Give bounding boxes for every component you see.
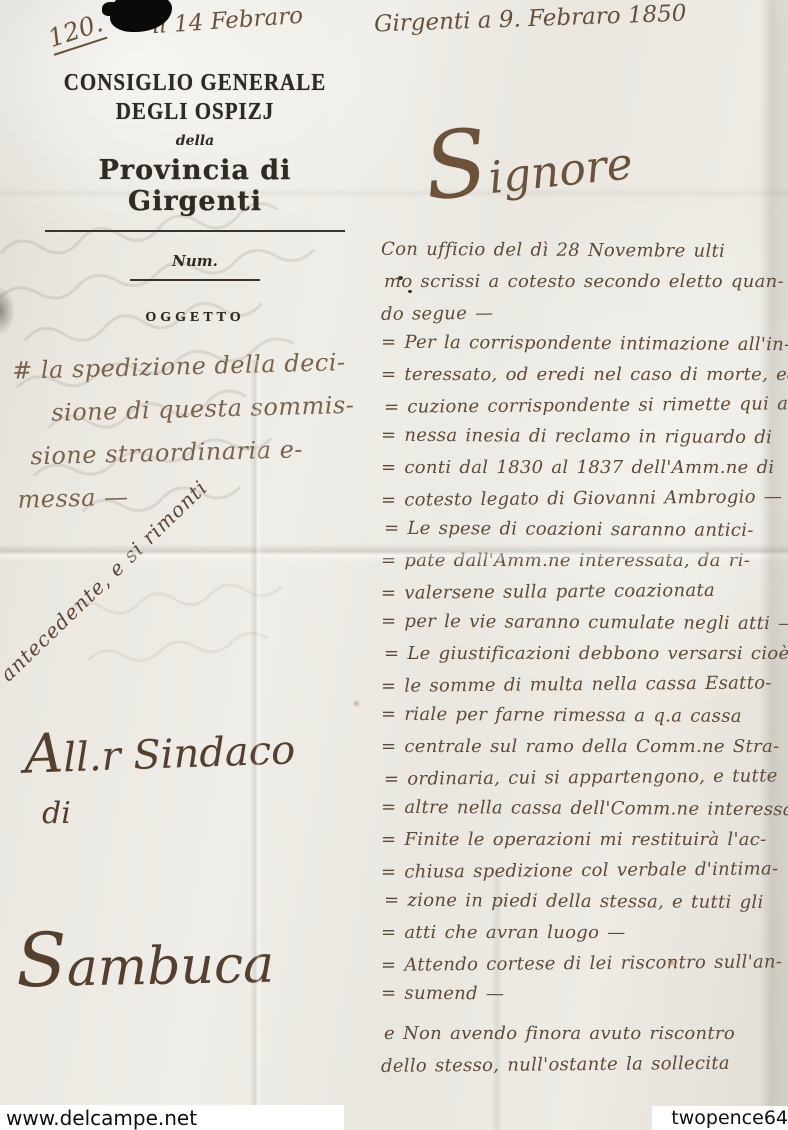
body-line: = valersene sulla parte coazionata	[381, 579, 788, 614]
letterhead-institution: CONSIGLIO GENERALE DEGLI OSPIZJ	[28, 68, 362, 126]
body-line: = ordinaria, cui si appartengono, e tutt…	[384, 765, 788, 800]
body-line: = Le giustificazioni debbono versarsi ci…	[384, 643, 788, 674]
body-line: = cuzione corrispondente si rimette qui …	[384, 393, 788, 428]
letter-scan-page: 120. il 14 Febraro Girgenti a 9. Febraro…	[0, 0, 788, 1130]
body-line: dello stesso, null'ostante la sollecita	[381, 1052, 788, 1087]
watermark-delcampe: www.delcampe.net	[0, 1105, 344, 1130]
body-line: = Finite le operazioni mi restituirà l'a…	[381, 829, 788, 860]
printed-letterhead: CONSIGLIO GENERALE DEGLI OSPIZJ della Pr…	[28, 72, 362, 326]
body-line: = per le vie saranno cumulate negli atti…	[381, 611, 788, 645]
letterhead-della: della	[28, 133, 362, 149]
letter-body-text: Con ufficio del dì 28 Novembre ultimo sc…	[381, 240, 788, 1085]
body-line: = nessa inesia di reclamo in riguardo di	[381, 425, 788, 459]
body-line: = zione in piedi della stessa, e tutti g…	[384, 890, 788, 924]
address-town: Sambuca	[15, 914, 274, 1004]
edge-smudge	[0, 288, 14, 334]
body-line: e Non avendo finora avuto riscontro	[384, 1023, 788, 1054]
body-line: = Le spese di coazioni saranno antici-	[384, 518, 788, 552]
address-recipient: All.r Sindaco	[23, 713, 296, 785]
letterhead-rule	[45, 230, 345, 232]
body-line: = Attendo cortese di lei riscontro sull'…	[381, 951, 788, 986]
body-line: = teressato, od eredi nel caso di morte,…	[381, 364, 788, 395]
body-line: = altre nella cassa dell'Comm.ne interes…	[381, 797, 788, 831]
letterhead-province: Provincia di Girgenti	[28, 155, 362, 217]
body-line: mo scrissi a cotesto secondo eletto quan…	[384, 271, 788, 302]
body-line: = sumend —	[381, 983, 788, 1017]
body-line: = centrale sul ramo della Comm.ne Stra-	[381, 736, 788, 767]
body-line: = le somme di multa nella cassa Esatto-	[381, 672, 788, 707]
body-line: do segue —	[381, 300, 788, 335]
body-line: = riale per farne rimessa a q.a cassa	[381, 704, 788, 738]
body-line: = chiusa spedizione col verbale d'intima…	[381, 858, 788, 893]
num-rule	[130, 279, 260, 281]
watermark-seller: twopence64	[652, 1106, 788, 1130]
rust-stain	[352, 700, 361, 707]
oggetto-label: OGGETTO	[28, 310, 362, 326]
salutation: Signore	[419, 93, 636, 221]
body-line: = conti dal 1830 al 1837 dell'Amm.ne di	[381, 457, 788, 488]
num-label: Num.	[28, 252, 362, 270]
body-line: Con ufficio del dì 28 Novembre ulti	[381, 239, 788, 273]
filing-number-annotation: 120.	[44, 8, 107, 56]
address-di: di	[42, 796, 71, 831]
body-line: = pate dall'Amm.ne interessata, da ri-	[381, 550, 788, 581]
body-line: = cotesto legato di Giovanni Ambrogio —	[381, 486, 788, 521]
body-line: = Per la corrispondente intimazione all'…	[381, 332, 788, 366]
body-line: = atti che avran luogo —	[381, 922, 788, 953]
dateline: Girgenti a 9. Febraro 1850	[374, 1, 687, 38]
received-date-annotation: il 14 Febraro	[151, 3, 304, 39]
